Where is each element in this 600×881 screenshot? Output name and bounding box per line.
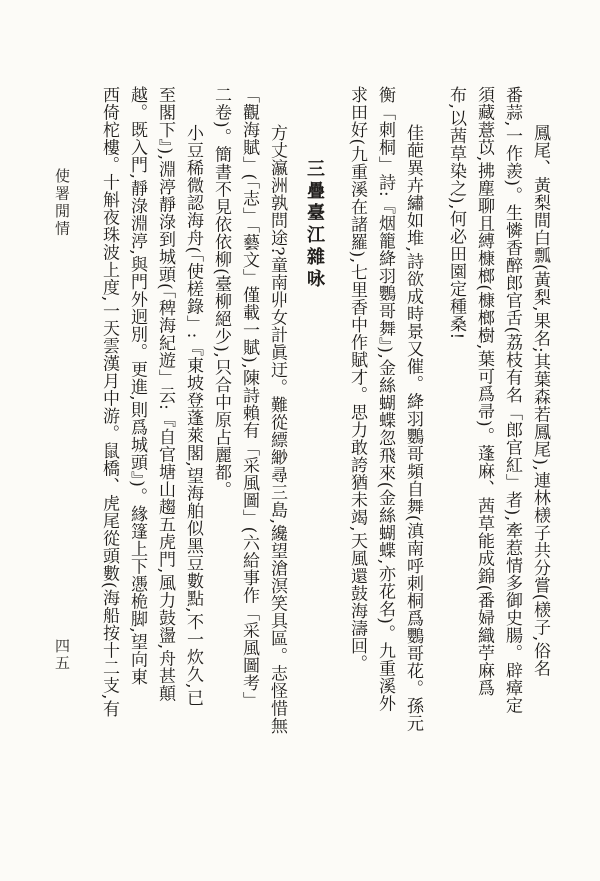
text-column: 佳葩異卉繡如堆,詩欲成時景又催。絳羽鸚哥頻自舞(滇南呼刺桐爲鸚哥花。孫元 [399, 86, 427, 800]
text-column: 布,以茜草染之),何必田園定種桑! [442, 86, 470, 800]
text-column: 求田好(九重溪在諸羅),七里香中作賦才。思力敢誇猶未竭,天風還鼓海濤回。 [343, 86, 371, 800]
section-title: 三疊臺江雜咏 [300, 86, 328, 800]
text-column: 西倚柁樓。十斛夜珠波上度,一天雲漢月中游。鼠橋、虎尾從頭數(海船按十二支,有 [95, 86, 123, 800]
text-column: 越。既入門,靜淥淵渟,與門外迥別。更進,則爲城頭』)。緣篷上下慿桅脚,望向東 [123, 86, 151, 800]
text-column: 「觀海賦」(「志」「藝文」僅載一賦),陳詩賴有「采風圖」(六給事作「采風圖考」 [235, 86, 263, 800]
running-title: 使署閒情 [52, 168, 73, 238]
text-column: 鳳尾、黃梨間白瓢(黃梨,果名;其葉森若鳳尾),連林檨子共分嘗(檨子,俗名 [526, 86, 554, 800]
book-page: 使署閒情 四五 鳳尾、黃梨間白瓢(黃梨,果名;其葉森若鳳尾),連林檨子共分嘗(檨… [0, 0, 600, 881]
text-block: 鳳尾、黃梨間白瓢(黃梨,果名;其葉森若鳳尾),連林檨子共分嘗(檨子,俗名 番蒜,… [95, 86, 554, 800]
text-column: 二卷)。簡書不見依依柳(臺柳絕少),只合中原占麗都。 [207, 86, 235, 800]
text-column: 至閣下』),淵渟靜淥到城頭(「稗海紀遊」云:『自官塘山趨五虎門,風力鼓盪,舟甚顛 [151, 86, 179, 800]
text-column: 衡「刺桐」詩:『烟籠絳羽鸚哥舞』),金絲蝴蝶忽飛來(金絲蝴蝶,亦花名)。九重溪外 [371, 86, 399, 800]
text-column: 須藏薏苡,拂塵聊且縛槺榔(槺榔樹,葉可爲帚)。蓬麻、茜草能成錦(番婦織苧麻爲 [470, 86, 498, 800]
page-number: 四五 [52, 638, 73, 672]
text-column: 方丈瀛洲孰問途?童南丱女計眞迂。難從縹緲尋三島,纔望滄溟笑具區。志怪惜無 [263, 86, 291, 800]
text-column: 小豆稀微認海舟(「使槎錄」:『東坡登蓬萊閣,望海舶似黑豆數點,不一炊久,已 [179, 86, 207, 800]
text-column: 番蒜,一作羨)。生憐香醉郎官舌(荔枝有名「郎官紅」者),牽惹情多御史腸。辟瘴定 [498, 86, 526, 800]
